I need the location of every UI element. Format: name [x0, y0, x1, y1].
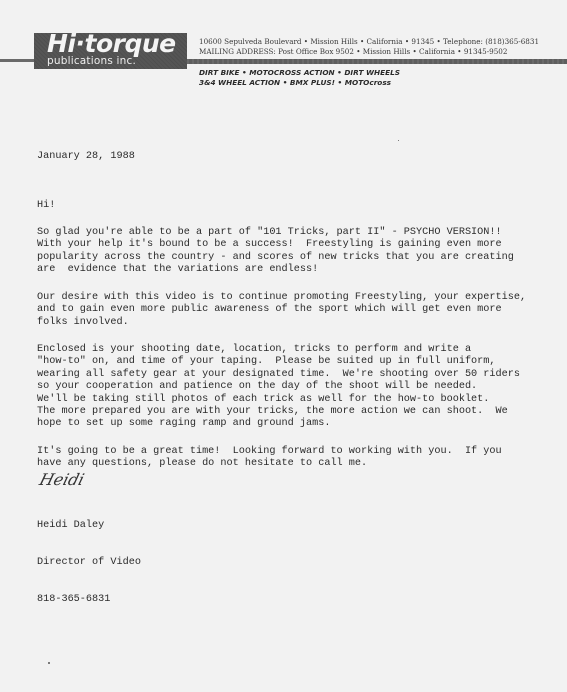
signer-phone: 818-365-6831 [37, 594, 141, 606]
signer-title: Director of Video [37, 557, 141, 569]
magazine-list: DIRT BIKE • MOTOCROSS ACTION • DIRT WHEE… [199, 68, 400, 88]
letter-greeting: Hi! [37, 200, 55, 212]
company-logo: Hi·torque publications inc. [34, 33, 187, 69]
letter-paragraph: Our desire with this video is to continu… [37, 292, 526, 329]
mailing-address: MAILING ADDRESS: Post Office Box 9502 • … [199, 47, 539, 57]
logo-subtitle: publications inc. [47, 54, 136, 68]
scan-speck [48, 662, 50, 664]
street-address: 10600 Sepulveda Boulevard • Mission Hill… [199, 37, 539, 47]
letter-paragraph: It's going to be a great time! Looking f… [37, 446, 502, 471]
signer-name: Heidi Daley [37, 520, 141, 532]
letter-paragraph: So glad you're able to be a part of "101… [37, 227, 514, 277]
magazine-line-1: DIRT BIKE • MOTOCROSS ACTION • DIRT WHEE… [199, 68, 400, 78]
letter-date: January 28, 1988 [37, 151, 135, 163]
handwritten-signature: Heidi [37, 470, 86, 489]
letter-paragraph: Enclosed is your shooting date, location… [37, 344, 520, 431]
letterhead-rule-right [187, 59, 567, 64]
magazine-line-2: 3&4 WHEEL ACTION • BMX PLUS! • MOTOcross [199, 78, 400, 88]
company-address: 10600 Sepulveda Boulevard • Mission Hill… [199, 37, 539, 57]
signature-block: Heidi Daley Director of Video 818-365-68… [37, 495, 141, 619]
scan-speck [398, 140, 399, 141]
